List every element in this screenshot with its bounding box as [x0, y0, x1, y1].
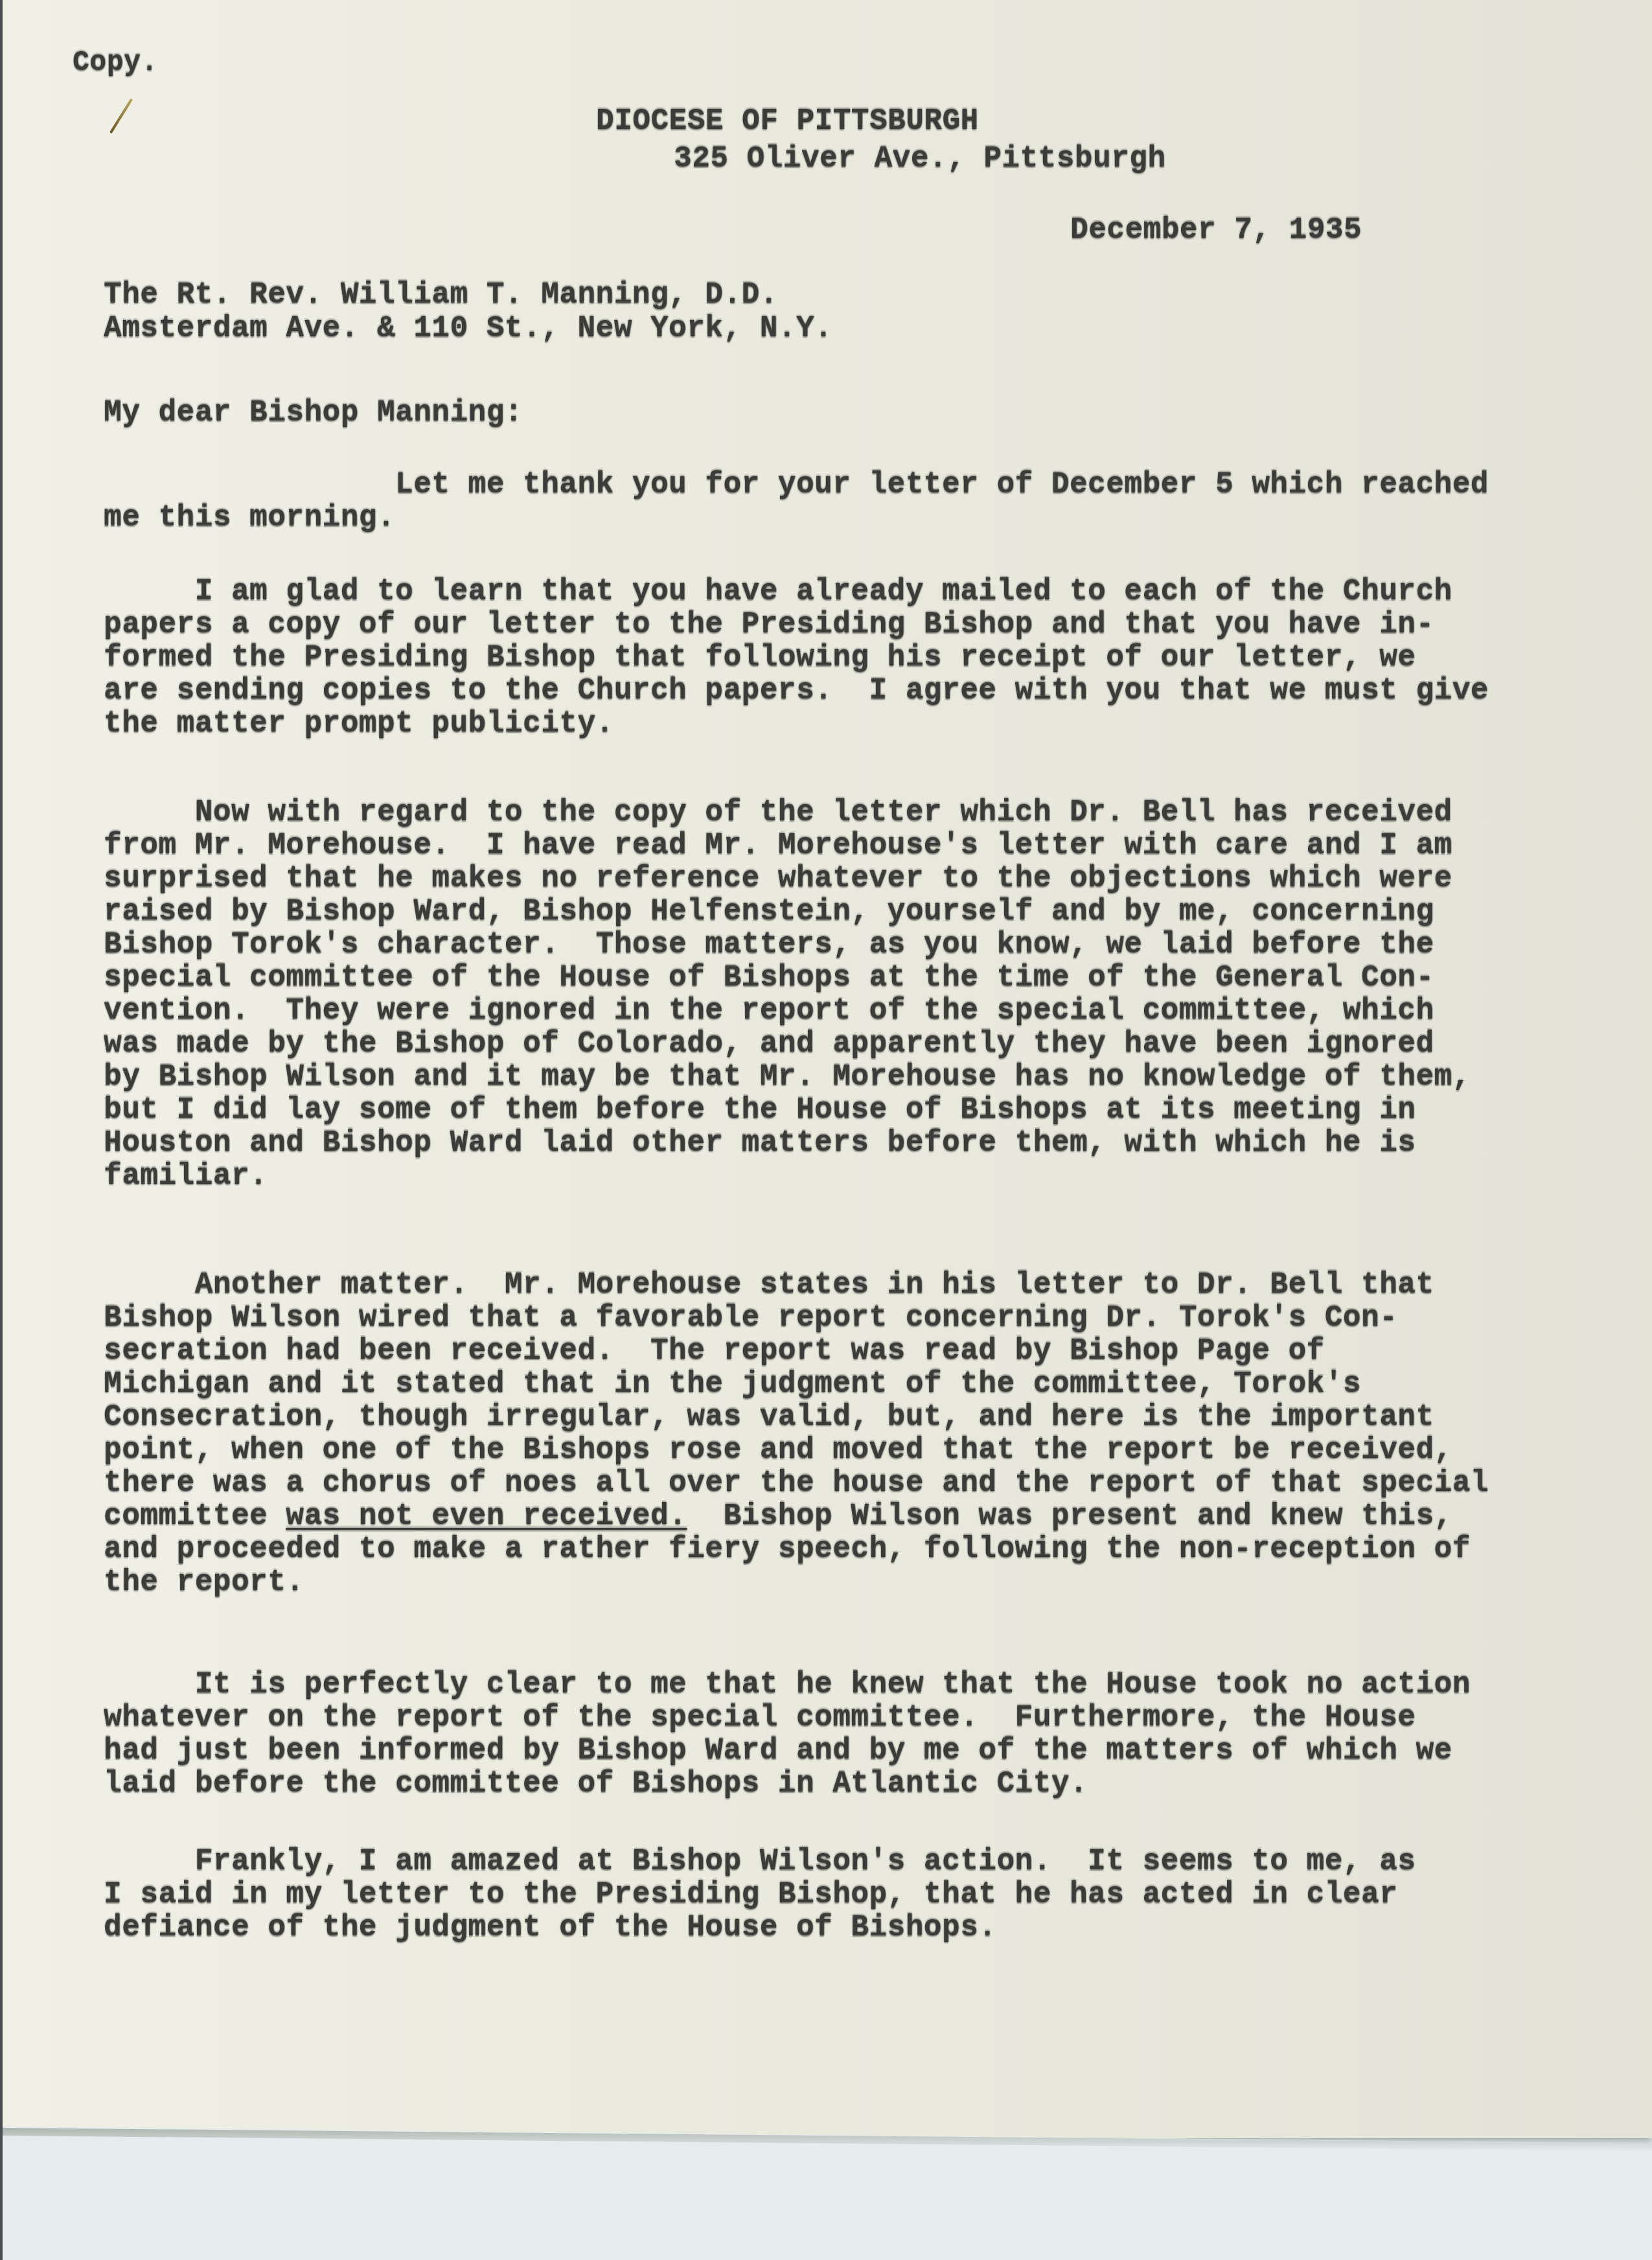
paragraph-line: the report.	[104, 1566, 1489, 1599]
paragraph-line: whatever on the report of the special co…	[104, 1701, 1471, 1735]
paragraph-line: the matter prompt publicity.	[104, 708, 1489, 741]
paragraph-line: It is perfectly clear to me that he knew…	[104, 1668, 1471, 1701]
paragraph-line: Houston and Bishop Ward laid other matte…	[104, 1127, 1471, 1160]
paragraph-line: I said in my letter to the Presiding Bis…	[104, 1878, 1416, 1911]
paragraph-line: Consecration, though irregular, was vali…	[104, 1401, 1489, 1434]
paragraph-line: formed the Presiding Bishop that followi…	[104, 641, 1489, 675]
letterhead-address: 325 Oliver Ave., Pittsburgh	[674, 143, 1166, 176]
paragraph-line: Let me thank you for your letter of Dece…	[104, 468, 1489, 502]
paragraph-line: familiar.	[104, 1160, 1471, 1193]
paragraph-line: there was a chorus of noes all over the …	[104, 1467, 1489, 1500]
line-suffix: Bishop Wilson was present and knew this,	[687, 1499, 1452, 1534]
paragraph-line: are sending copies to the Church papers.…	[104, 675, 1489, 708]
paragraph-line: me this morning.	[104, 502, 1489, 535]
paragraph-6: Frankly, I am amazed at Bishop Wilson's …	[104, 1845, 1443, 1944]
paragraph-line: had just been informed by Bishop Ward an…	[104, 1735, 1471, 1768]
paragraph-line: I am glad to learn that you have already…	[104, 575, 1489, 608]
line-prefix: committee	[104, 1499, 286, 1534]
letter-date: December 7, 1935	[1070, 214, 1362, 247]
paragraph-line: Bishop Torok's character. Those matters,…	[104, 928, 1471, 962]
paragraph-3: Now with regard to the copy of the lette…	[104, 796, 1498, 1193]
salutation: My dear Bishop Manning:	[104, 397, 523, 430]
paragraph-line: Now with regard to the copy of the lette…	[104, 796, 1471, 829]
paragraph-5: It is perfectly clear to me that he knew…	[104, 1668, 1498, 1801]
paragraph-line: defiance of the judgment of the House of…	[104, 1911, 1416, 1944]
recipient-name: The Rt. Rev. William T. Manning, D.D.	[104, 279, 778, 312]
paragraph-line: special committee of the House of Bishop…	[104, 962, 1471, 995]
paragraph-4: Another matter. Mr. Morehouse states in …	[104, 1269, 1517, 1599]
scanner-edge	[0, 0, 3, 2260]
paragraph-line: Frankly, I am amazed at Bishop Wilson's …	[104, 1845, 1416, 1878]
paragraph-line: was made by the Bishop of Colorado, and …	[104, 1028, 1471, 1061]
paragraph-line: secration had been received. The report …	[104, 1335, 1489, 1368]
paragraph-line: surprised that he makes no reference wha…	[104, 862, 1471, 895]
paragraph-line-underlined: committee was not even received. Bishop …	[104, 1500, 1489, 1533]
paragraph-line: but I did lay some of them before the Ho…	[104, 1094, 1471, 1127]
recipient-address: Amsterdam Ave. & 110 St., New York, N.Y.	[104, 312, 832, 345]
copy-mark: Copy.	[73, 47, 158, 80]
paragraph-line: and proceeded to make a rather fiery spe…	[104, 1533, 1489, 1566]
paragraph-line: raised by Bishop Ward, Bishop Helfenstei…	[104, 895, 1471, 928]
paragraph-line: Michigan and it stated that in the judgm…	[104, 1368, 1489, 1401]
paragraph-line: point, when one of the Bishops rose and …	[104, 1434, 1489, 1467]
paragraph-line: papers a copy of our letter to the Presi…	[104, 608, 1489, 641]
paragraph-line: laid before the committee of Bishops in …	[104, 1768, 1471, 1801]
paragraph-line: Bishop Wilson wired that a favorable rep…	[104, 1302, 1489, 1335]
paragraph-line: Another matter. Mr. Morehouse states in …	[104, 1269, 1489, 1302]
underlined-phrase: was not even received.	[286, 1499, 687, 1534]
paragraph-line: by Bishop Wilson and it may be that Mr. …	[104, 1061, 1471, 1094]
paragraph-line: from Mr. Morehouse. I have read Mr. More…	[104, 829, 1471, 862]
paragraph-line: vention. They were ignored in the report…	[104, 995, 1471, 1028]
paragraph-2: I am glad to learn that you have already…	[104, 575, 1517, 741]
letterhead-organization: DIOCESE OF PITTSBURGH	[596, 105, 979, 138]
paragraph-1: Let me thank you for your letter of Dece…	[104, 468, 1517, 535]
